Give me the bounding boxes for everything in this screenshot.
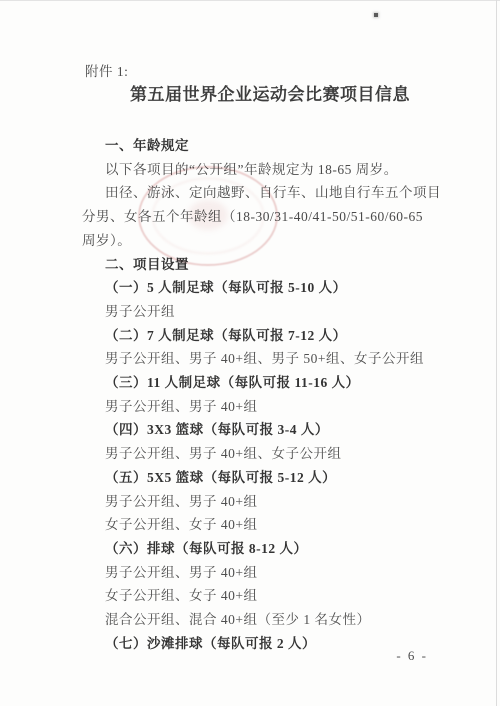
event-heading-2: （二）7 人制足球（每队可报 7-12 人） bbox=[82, 324, 423, 348]
document-body: 一、年龄规定 以下各项目的“公开组”年龄规定为 18-65 周岁。 田径、游泳、… bbox=[82, 134, 423, 655]
event-groups: 男子公开组、男子 40+组 bbox=[82, 395, 423, 419]
event-groups: 男子公开组、男子 40+组、男子 50+组、女子公开组 bbox=[82, 347, 423, 371]
event-groups: 男子公开组、男子 40+组 bbox=[82, 490, 423, 514]
event-heading-5: （五）5X5 篮球（每队可报 5-12 人） bbox=[82, 466, 423, 490]
scan-right-edge-line bbox=[496, 0, 497, 706]
event-groups: 男子公开组 bbox=[82, 300, 423, 324]
event-heading-3: （三）11 人制足球（每队可报 11-16 人） bbox=[82, 371, 423, 395]
document-page: 附件 1: 第五届世界企业运动会比赛项目信息 一、年龄规定 以下各项目的“公开组… bbox=[0, 0, 500, 706]
event-heading-7: （七）沙滩排球（每队可报 2 人） bbox=[82, 632, 423, 656]
page-number: - 6 - bbox=[396, 648, 428, 664]
event-groups: 混合公开组、混合 40+组（至少 1 名女性） bbox=[82, 608, 423, 632]
age-line: 田径、游泳、定向越野、自行车、山地自行车五个项目 bbox=[82, 181, 423, 205]
event-groups: 女子公开组、女子 40+组 bbox=[82, 513, 423, 537]
age-line: 以下各项目的“公开组”年龄规定为 18-65 周岁。 bbox=[82, 158, 423, 182]
section-heading-age: 一、年龄规定 bbox=[82, 134, 423, 158]
scan-speck bbox=[374, 13, 378, 17]
event-groups: 男子公开组、男子 40+组 bbox=[82, 561, 423, 585]
document-title: 第五届世界企业运动会比赛项目信息 bbox=[60, 80, 480, 105]
scan-top-edge-line bbox=[0, 0, 500, 1]
event-groups: 男子公开组、男子 40+组、女子公开组 bbox=[82, 442, 423, 466]
attachment-label: 附件 1: bbox=[85, 60, 128, 80]
section-heading-events: 二、项目设置 bbox=[82, 253, 423, 277]
age-line: 周岁）。 bbox=[82, 229, 423, 253]
event-groups: 女子公开组、女子 40+组 bbox=[82, 584, 423, 608]
event-heading-6: （六）排球（每队可报 8-12 人） bbox=[82, 537, 423, 561]
event-heading-4: （四）3X3 篮球（每队可报 3-4 人） bbox=[82, 418, 423, 442]
age-line: 分男、女各五个年龄组（18-30/31-40/41-50/51-60/60-65 bbox=[82, 205, 423, 229]
event-heading-1: （一）5 人制足球（每队可报 5-10 人） bbox=[82, 276, 423, 300]
